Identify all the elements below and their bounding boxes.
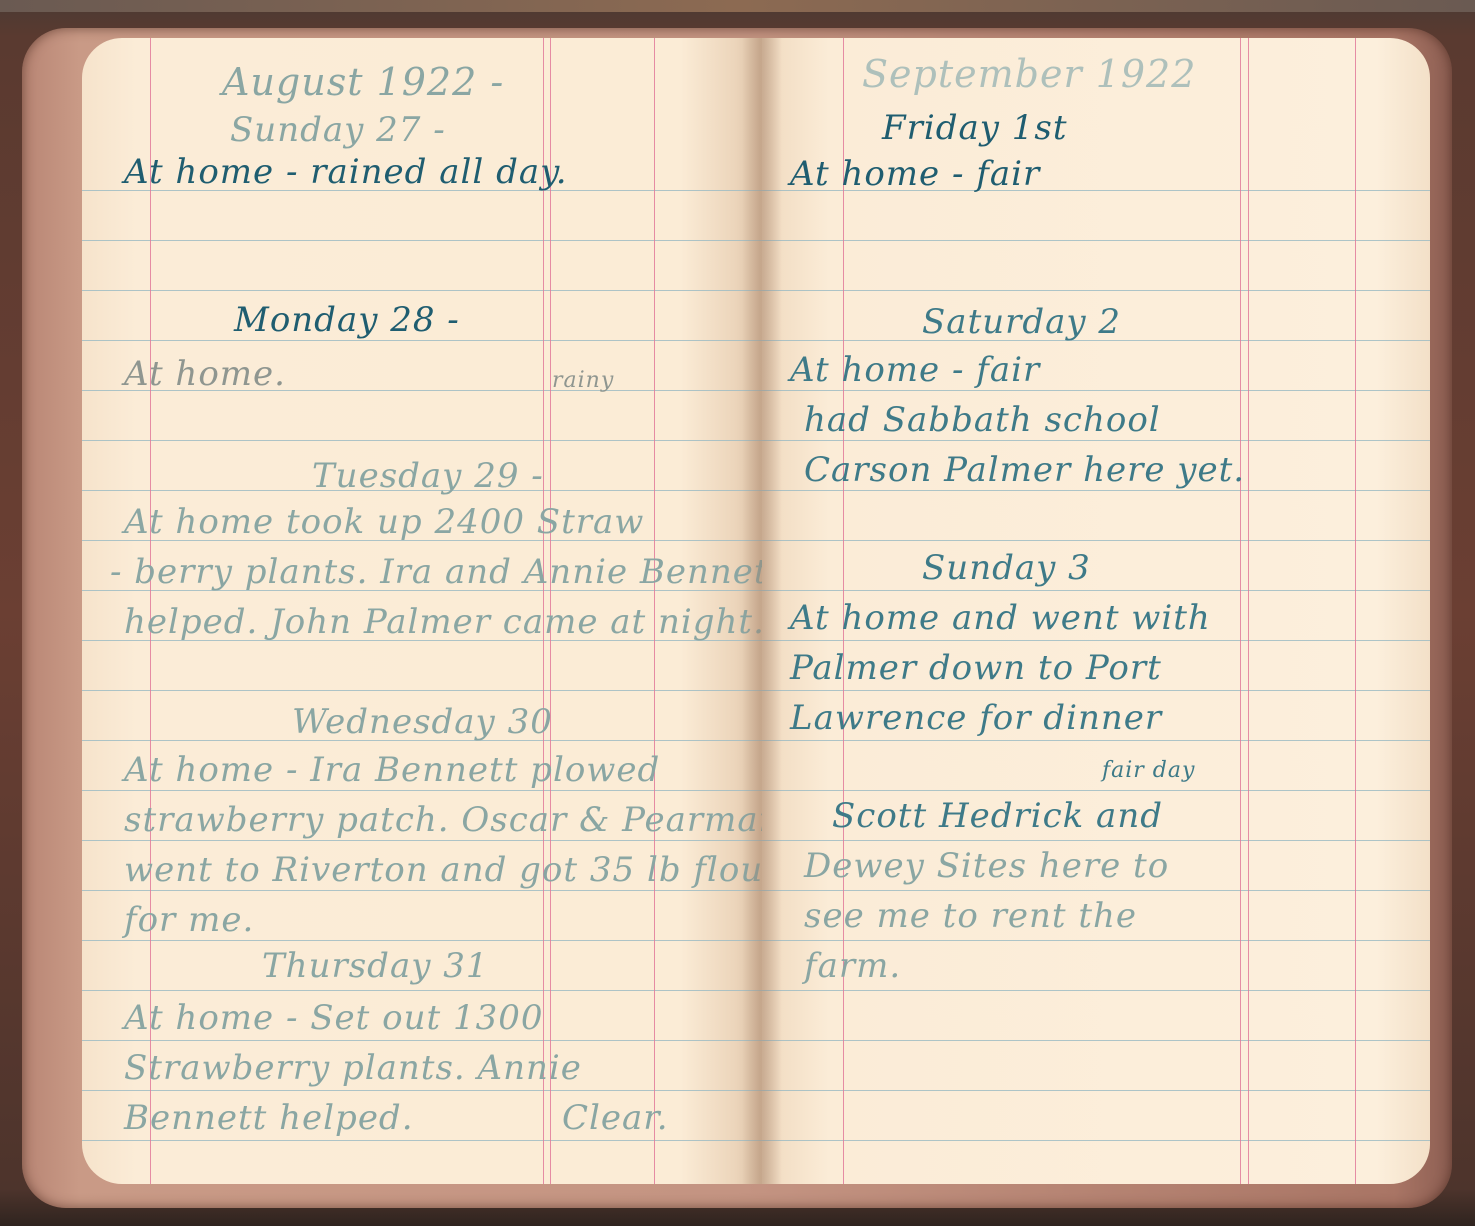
entry-line: had Sabbath school	[804, 400, 1161, 440]
column-line	[1355, 38, 1356, 1184]
entry-line: Scott Hedrick and	[832, 796, 1163, 836]
ruled-line	[82, 1040, 762, 1041]
ruled-line	[762, 490, 1430, 491]
ruled-line	[762, 1040, 1430, 1041]
entry-line: At home - rained all day.	[124, 152, 568, 192]
ruled-line	[82, 890, 762, 891]
ruled-line	[762, 1140, 1430, 1141]
weather-note: fair day	[1102, 758, 1195, 783]
entry-line: for me.	[124, 900, 254, 940]
right-page: September 1922 Friday 1st At home - fair…	[762, 38, 1430, 1184]
entry-line: Carson Palmer here yet.	[804, 450, 1245, 490]
entry-line: see me to rent the	[804, 896, 1137, 936]
entry-day: Saturday 2	[922, 302, 1121, 342]
ruled-line	[762, 290, 1430, 291]
entry-day: Wednesday 30	[292, 702, 553, 742]
entry-day: Thursday 31	[262, 946, 489, 986]
ruled-line	[762, 390, 1430, 391]
ruled-line	[762, 440, 1430, 441]
ruled-line	[82, 240, 762, 241]
ruled-line	[82, 340, 762, 341]
ruled-line	[82, 790, 762, 791]
ruled-line	[82, 1140, 762, 1141]
entry-line: At home - Ira Bennett plowed	[124, 750, 660, 790]
ruled-line	[82, 440, 762, 441]
ruled-line	[762, 1090, 1430, 1091]
ruled-line	[762, 640, 1430, 641]
entry-line: Bennett helped.	[124, 1098, 414, 1138]
ruled-line	[762, 990, 1430, 991]
left-page: August 1922 - Sunday 27 - At home - rain…	[82, 38, 762, 1184]
entry-day: Sunday 3	[922, 548, 1091, 588]
month-header: August 1922 -	[222, 60, 504, 104]
ruled-line	[762, 740, 1430, 741]
entry-line: At home - fair	[790, 350, 1040, 390]
entry-line: - berry plants. Ira and Annie Bennett	[110, 552, 762, 592]
entry-line: At home took up 2400 Straw	[124, 502, 644, 542]
cover-top-edge	[0, 0, 1475, 12]
ruled-line	[762, 590, 1430, 591]
entry-line: Palmer down to Port	[790, 648, 1162, 688]
month-header: September 1922	[862, 52, 1196, 96]
entry-day: Friday 1st	[882, 108, 1068, 148]
ruled-line	[762, 790, 1430, 791]
entry-day: Sunday 27 -	[230, 110, 446, 150]
entry-line: Dewey Sites here to	[804, 846, 1169, 886]
ruled-line	[82, 690, 762, 691]
entry-line: At home and went with	[790, 598, 1211, 638]
entry-line: At home - Set out 1300	[124, 998, 544, 1038]
entry-line: Lawrence for dinner	[790, 698, 1162, 738]
entry-line: strawberry patch. Oscar & Pearman	[124, 800, 762, 840]
entry-line: farm.	[804, 946, 901, 986]
ruled-line	[762, 240, 1430, 241]
column-line	[1248, 38, 1249, 1184]
entry-day: Monday 28 -	[234, 300, 460, 340]
entry-line: Strawberry plants. Annie	[124, 1048, 582, 1088]
column-line	[1240, 38, 1241, 1184]
ruled-line	[762, 540, 1430, 541]
weather-note: rainy	[552, 368, 614, 393]
ruled-line	[82, 990, 762, 991]
ruled-line	[762, 690, 1430, 691]
ruled-line	[762, 840, 1430, 841]
ruled-line	[82, 1090, 762, 1091]
entry-line: helped. John Palmer came at night.	[124, 602, 762, 642]
ruled-line	[82, 940, 762, 941]
entry-day: Tuesday 29 -	[312, 456, 544, 496]
ruled-line	[762, 940, 1430, 941]
ruled-line	[82, 840, 762, 841]
entry-line: At home - fair	[790, 154, 1040, 194]
entry-line: went to Riverton and got 35 lb flour	[124, 850, 762, 890]
weather-note: Clear.	[562, 1098, 669, 1138]
ruled-line	[82, 290, 762, 291]
entry-line: At home.	[124, 354, 286, 394]
ruled-line	[762, 890, 1430, 891]
